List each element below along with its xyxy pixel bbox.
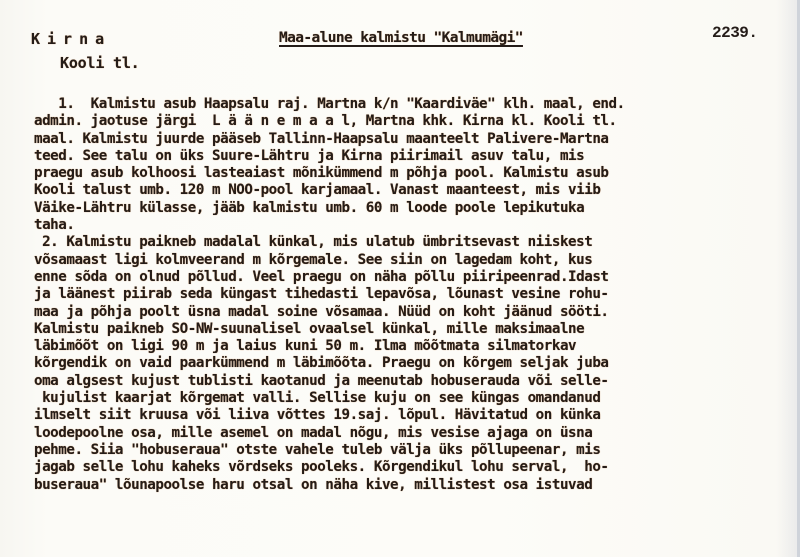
text-line: maal. Kalmistu juurde pääseb Tallinn-Haa… xyxy=(34,131,784,148)
text-line: Kalmistu paikneb SO-NW-suunalisel ovaals… xyxy=(34,321,784,338)
text-line: Väike-Lähtru külasse, jääb kalmistu umb.… xyxy=(34,200,784,217)
text-line: ilmselt siit kruusa või liiva võttes 19.… xyxy=(34,407,784,424)
text-line: oma algsest kujust tublisti kaotanud ja … xyxy=(34,373,784,390)
document-title: Maa-alune kalmistu "Kalmumägi" xyxy=(279,30,523,46)
document-page: Kirna Kooli tl. Maa-alune kalmistu "Kalm… xyxy=(0,0,800,557)
body-text: 1. Kalmistu asub Haapsalu raj. Martna k/… xyxy=(34,96,784,494)
text-line: võsamaast ligi kolmveerand m kõrgemale. … xyxy=(34,252,784,269)
text-line: 1. Kalmistu asub Haapsalu raj. Martna k/… xyxy=(34,96,784,113)
text-line: pehme. Siia "hobuseraua" otste vahele tu… xyxy=(34,442,784,459)
text-line: Kooli talust umb. 120 m NOO-pool karjama… xyxy=(34,182,784,199)
text-line: maa ja põhja poolt üsna madal soine võsa… xyxy=(34,304,784,321)
text-line: kujulist kaarjat kõrgemat valli. Sellise… xyxy=(34,390,784,407)
text-line: jagab selle lohu kaheks võrdseks pooleks… xyxy=(34,459,784,476)
text-line: buseraua" lõunapoolse haru otsal on näha… xyxy=(34,477,784,494)
text-line: 2. Kalmistu paikneb madalal künkal, mis … xyxy=(34,234,784,251)
text-line: läbimõõt on ligi 90 m ja laius kuni 50 m… xyxy=(34,338,784,355)
farm-name: Kooli tl. xyxy=(60,54,139,72)
text-line: enne sõda on olnud põllud. Veel praegu o… xyxy=(34,269,784,286)
place-name: Kirna xyxy=(31,30,111,48)
text-line: teed. See talu on üks Suure-Lähtru ja Ki… xyxy=(34,148,784,165)
text-line: kõrgendik on vaid paarkümmend m läbimõõt… xyxy=(34,355,784,372)
text-line: ja läänest piirab seda küngast tihedasti… xyxy=(34,286,784,303)
text-line: loodepoolne osa, mille asemel on madal n… xyxy=(34,425,784,442)
text-line: taha. xyxy=(34,217,784,234)
text-line: praegu asub kolhoosi lasteaiast mõnikümm… xyxy=(34,165,784,182)
page-number: 2239. xyxy=(712,24,758,42)
text-line: admin. jaotuse järgi L ä ä n e m a a l, … xyxy=(34,113,784,130)
